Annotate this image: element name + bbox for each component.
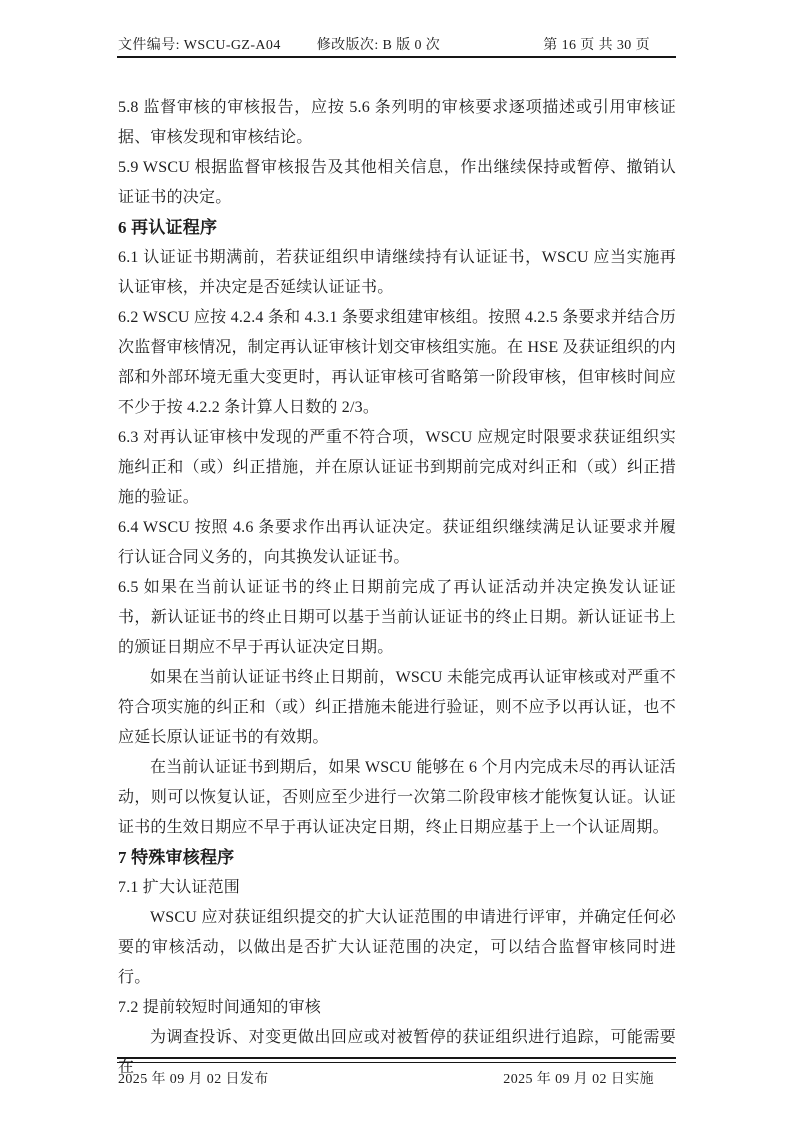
page-footer: 2025 年 09 月 02 日发布 2025 年 09 月 02 日实施 bbox=[118, 1068, 676, 1088]
clause-5-8: 5.8 监督审核的审核报告，应按 5.6 条列明的审核要求逐项描述或引用审核证据… bbox=[118, 93, 676, 153]
document-number: 文件编号: WSCU-GZ-A04 bbox=[118, 34, 281, 54]
clause-5-9: 5.9 WSCU 根据监督审核报告及其他相关信息，作出继续保持或暂停、撤销认证证… bbox=[118, 153, 676, 213]
footer-divider-rule bbox=[117, 1057, 676, 1063]
document-page: 文件编号: WSCU-GZ-A04 修改版次: B 版 0 次 第 16 页 共… bbox=[0, 0, 794, 1123]
page-header: 文件编号: WSCU-GZ-A04 修改版次: B 版 0 次 第 16 页 共… bbox=[118, 34, 676, 54]
section-heading-7: 7 特殊审核程序 bbox=[118, 843, 676, 873]
section-heading-6: 6 再认证程序 bbox=[118, 213, 676, 243]
clause-6-1: 6.1 认证证书期满前，若获证组织申请继续持有认证证书，WSCU 应当实施再认证… bbox=[118, 243, 676, 303]
release-date: 2025 年 09 月 02 日发布 bbox=[118, 1068, 269, 1088]
clause-7-1: 7.1 扩大认证范围 bbox=[118, 873, 676, 903]
clause-7-2: 7.2 提前较短时间通知的审核 bbox=[118, 993, 676, 1023]
document-body: 5.8 监督审核的审核报告，应按 5.6 条列明的审核要求逐项描述或引用审核证据… bbox=[118, 93, 676, 1083]
clause-6-5: 6.5 如果在当前认证证书的终止日期前完成了再认证活动并决定换发认证证书，新认证… bbox=[118, 573, 676, 663]
implement-date: 2025 年 09 月 02 日实施 bbox=[503, 1068, 654, 1088]
clause-7-1-body: WSCU 应对获证组织提交的扩大认证范围的申请进行评审，并确定任何必要的审核活动… bbox=[118, 903, 676, 993]
header-divider-rule bbox=[117, 56, 676, 58]
clause-6-4: 6.4 WSCU 按照 4.6 条要求作出再认证决定。获证组织继续满足认证要求并… bbox=[118, 513, 676, 573]
clause-6-2: 6.2 WSCU 应按 4.2.4 条和 4.3.1 条要求组建审核组。按照 4… bbox=[118, 303, 676, 423]
clause-6-3: 6.3 对再认证审核中发现的严重不符合项，WSCU 应规定时限要求获证组织实施纠… bbox=[118, 423, 676, 513]
page-number-info: 第 16 页 共 30 页 bbox=[543, 34, 650, 54]
revision-version: 修改版次: B 版 0 次 bbox=[317, 34, 440, 54]
clause-6-5-continuation-2: 在当前认证证书到期后，如果 WSCU 能够在 6 个月内完成未尽的再认证活动，则… bbox=[118, 753, 676, 843]
clause-6-5-continuation-1: 如果在当前认证证书终止日期前，WSCU 未能完成再认证审核或对严重不符合项实施的… bbox=[118, 663, 676, 753]
